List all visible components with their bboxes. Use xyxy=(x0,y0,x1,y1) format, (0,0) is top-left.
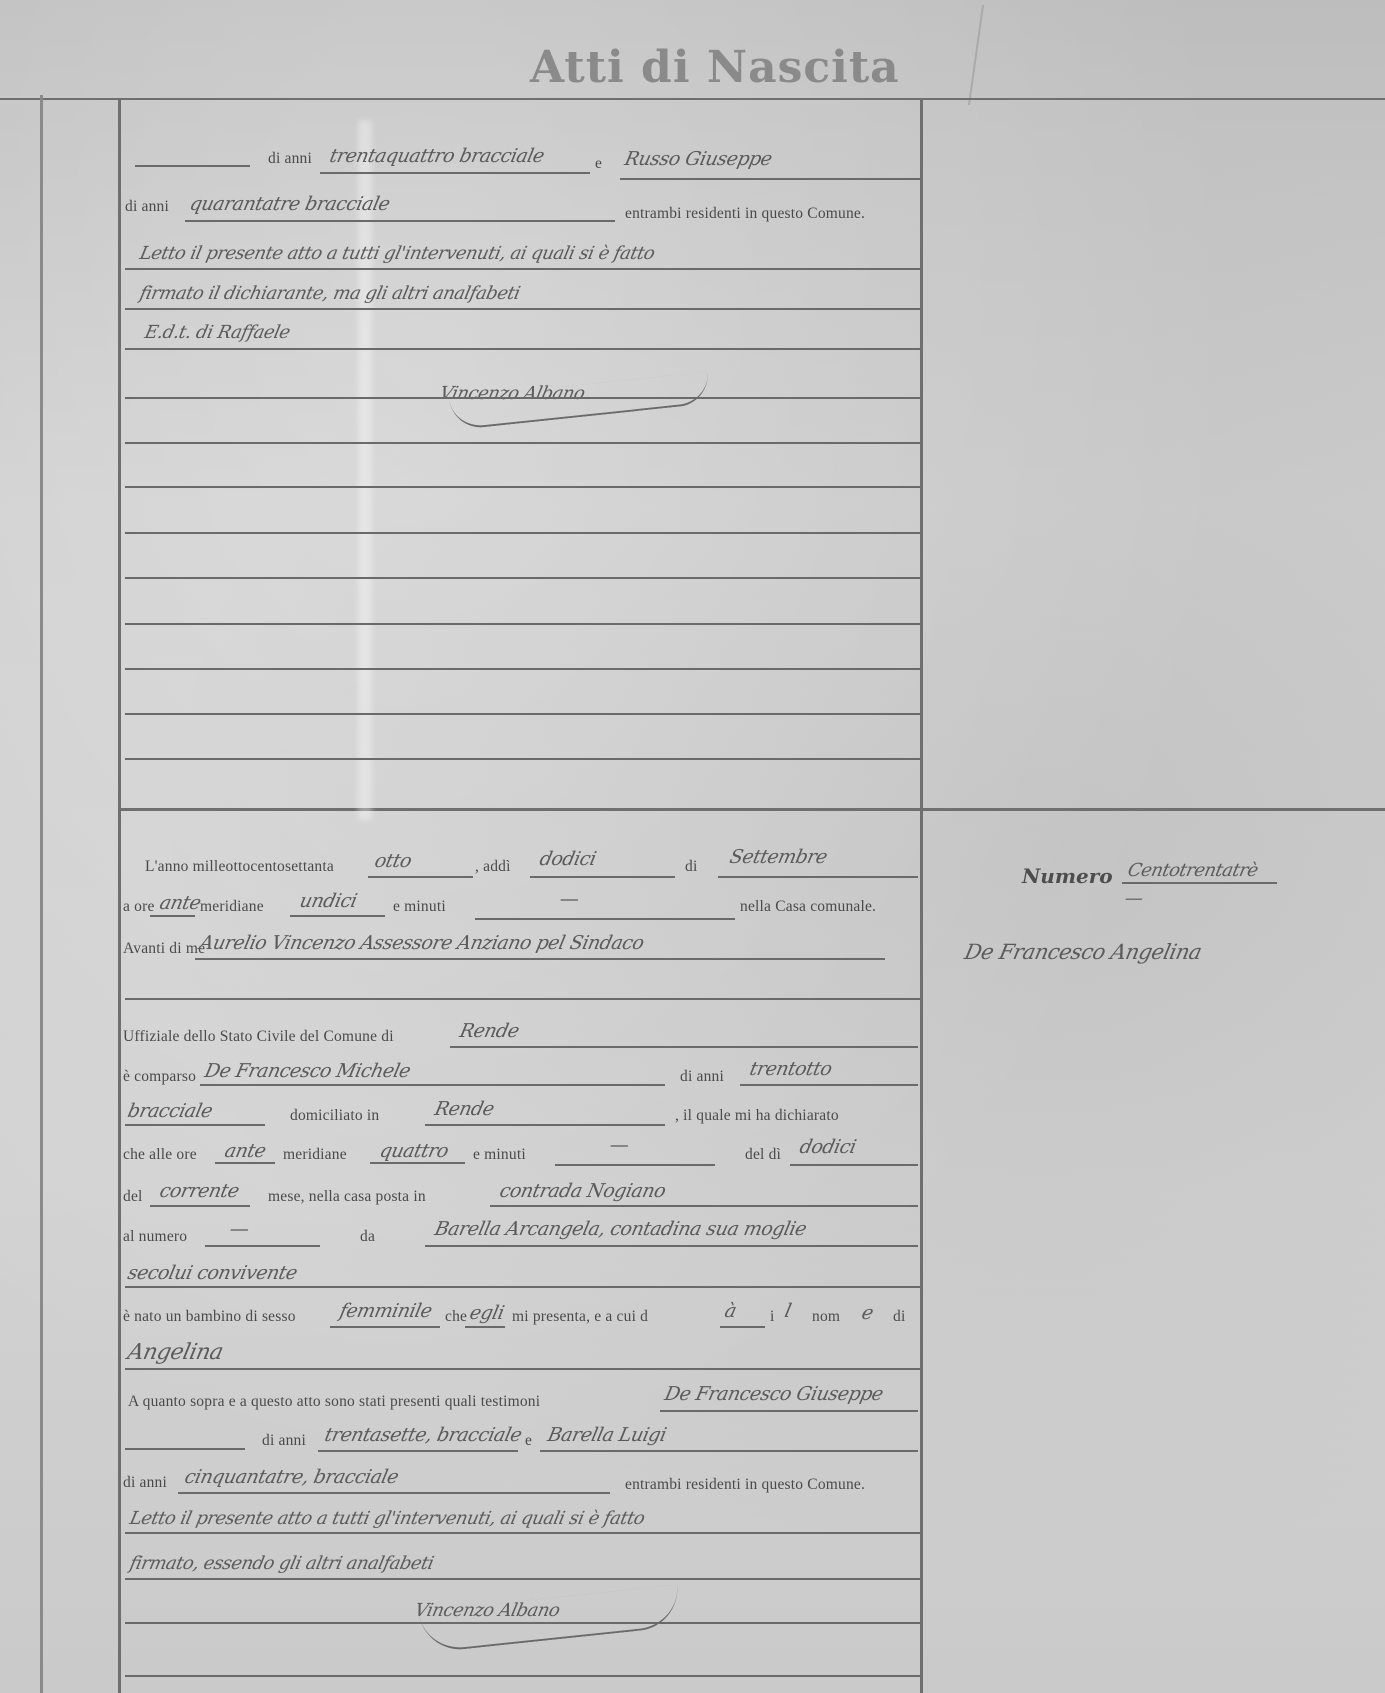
label-ufficiale: Uffiziale dello Stato Civile del Comune … xyxy=(123,1028,394,1046)
handwritten-assessor: Aurelio Vincenzo Assessore Anziano pel S… xyxy=(198,932,646,954)
label-avanti: Avanti di me xyxy=(123,940,205,958)
field-line xyxy=(320,172,590,174)
handwritten-age: quarantatre bracciale xyxy=(188,193,392,215)
ruled-line xyxy=(125,486,920,488)
field-line xyxy=(125,1124,265,1126)
label-meridiane: meridiane xyxy=(200,898,264,916)
ruled-line xyxy=(125,577,920,579)
handwritten-declarant-age: trentotto xyxy=(748,1058,834,1080)
handwritten-domicile: Rende xyxy=(433,1098,496,1120)
label-casa-comunale: nella Casa comunale. xyxy=(740,898,876,916)
label-addi: , addì xyxy=(475,858,511,876)
handwritten-birth-day: dodici xyxy=(798,1136,858,1158)
handwritten-closing: Letto il presente atto a tutti gl'interv… xyxy=(128,1508,647,1529)
label-year: L'anno milleottocentosettanta xyxy=(145,858,334,876)
handwritten-witness-1-age: trentasette, bracciale xyxy=(323,1424,524,1446)
blank-line xyxy=(125,1448,245,1450)
handwritten-witness-name: Russo Giuseppe xyxy=(623,148,774,170)
handwritten-hour: undici xyxy=(298,890,359,912)
ruled-line xyxy=(125,1532,920,1534)
act-separator-rule xyxy=(118,808,1385,811)
label-residents: entrambi residenti in questo Comune. xyxy=(625,1476,865,1494)
handwritten-declarant: De Francesco Michele xyxy=(203,1060,413,1082)
ruled-line xyxy=(125,308,920,310)
ruled-line xyxy=(125,532,920,534)
blank-line xyxy=(135,165,250,167)
ruled-line xyxy=(125,1675,920,1677)
field-line xyxy=(530,876,675,878)
handwritten-name-suffix: e xyxy=(860,1302,875,1324)
label-nato: è nato un bambino di sesso xyxy=(123,1308,296,1326)
handwritten-officer: E.d.t. di Raffaele xyxy=(143,322,292,343)
field-line xyxy=(620,178,920,180)
field-line xyxy=(150,1205,250,1207)
label-age: di anni xyxy=(268,150,312,168)
field-line xyxy=(790,1164,918,1166)
handwritten-act-number: Centotrentatrè xyxy=(1126,860,1260,881)
ruled-line xyxy=(125,998,920,1000)
field-line xyxy=(150,915,195,917)
field-line xyxy=(718,876,918,878)
handwritten-age: trentaquattro bracciale xyxy=(328,145,546,167)
label-presenta: mi presenta, e a cui d xyxy=(512,1308,648,1326)
signature-flourish xyxy=(449,371,711,430)
outer-left-rule xyxy=(40,95,43,1693)
field-line xyxy=(490,1205,918,1207)
label-minuti: e minuti xyxy=(473,1146,526,1164)
handwritten-closing: Letto il presente atto a tutti gl'interv… xyxy=(138,243,657,264)
field-line xyxy=(740,1084,918,1086)
label-meridiane: meridiane xyxy=(283,1146,347,1164)
field-line xyxy=(290,915,385,917)
label-conjunction: e xyxy=(595,155,602,173)
label-nome: nom xyxy=(812,1308,840,1326)
field-line xyxy=(370,1162,465,1164)
field-line xyxy=(185,220,615,222)
numero-label: Numero xyxy=(1022,864,1113,888)
field-line xyxy=(475,918,735,920)
ruled-line xyxy=(125,758,920,760)
field-line xyxy=(465,1326,505,1328)
label-age: di anni xyxy=(123,1474,167,1492)
act-number-dash: — xyxy=(1123,888,1145,909)
label-che: che xyxy=(445,1308,467,1326)
page-title: Atti di Nascita xyxy=(530,42,900,93)
label-comparso: è comparso xyxy=(123,1068,196,1086)
label-numero: al numero xyxy=(123,1228,187,1246)
field-line xyxy=(555,1164,715,1166)
label-i: i xyxy=(770,1308,775,1326)
handwritten-locality: contrada Nogiano xyxy=(498,1180,668,1202)
label-age: di anni xyxy=(262,1432,306,1450)
handwritten-minutes: — xyxy=(608,1134,631,1156)
label-del: del xyxy=(123,1188,143,1206)
field-line xyxy=(425,1245,918,1247)
handwritten-month: corrente xyxy=(158,1180,241,1202)
label-age: di anni xyxy=(125,198,169,216)
top-border-rule xyxy=(0,98,1385,100)
ruled-line xyxy=(125,623,920,625)
ruled-line xyxy=(125,713,920,715)
field-line xyxy=(368,876,473,878)
field-line xyxy=(1122,882,1277,884)
ruled-line xyxy=(125,668,920,670)
handwritten-comune: Rende xyxy=(458,1020,521,1042)
label-da: da xyxy=(360,1228,375,1246)
handwritten-child-entry: De Francesco Angelina xyxy=(962,940,1203,964)
label-casa-posta: mese, nella casa posta in xyxy=(268,1188,426,1206)
label-del-di: del dì xyxy=(745,1146,781,1164)
pencil-mark xyxy=(968,5,1024,105)
handwritten-closing: firmato, essendo gli altri analfabeti xyxy=(128,1553,436,1574)
handwritten-witness-1: De Francesco Giuseppe xyxy=(663,1383,885,1405)
handwritten-witness-2-age: cinquantatre, bracciale xyxy=(183,1466,401,1488)
field-line xyxy=(660,1410,918,1412)
handwritten-occupation: bracciale xyxy=(126,1100,215,1122)
handwritten-mother: Barella Arcangela, contadina sua moglie xyxy=(433,1218,809,1240)
ruled-line xyxy=(125,397,920,399)
handwritten-closing: firmato il dichiarante, ma gli altri ana… xyxy=(138,283,522,304)
handwritten-article: l xyxy=(783,1300,793,1322)
handwritten-child-name: Angelina xyxy=(125,1340,225,1365)
left-margin-rule xyxy=(118,100,121,1693)
ruled-line xyxy=(125,1286,920,1288)
signature-flourish xyxy=(419,1585,682,1654)
handwritten-witness-2: Barella Luigi xyxy=(546,1424,668,1446)
label-domiciliato: domiciliato in xyxy=(290,1107,379,1125)
handwritten-cohabiting: secolui convivente xyxy=(126,1262,299,1284)
handwritten-year: otto xyxy=(373,850,414,872)
field-line xyxy=(195,958,885,960)
ruled-line xyxy=(125,1622,920,1624)
handwritten-month: Settembre xyxy=(728,846,829,868)
field-line xyxy=(200,1084,665,1086)
field-line xyxy=(330,1326,440,1328)
handwritten-minutes: — xyxy=(558,888,581,910)
label-di: di xyxy=(685,858,697,876)
label-residents: entrambi residenti in questo Comune. xyxy=(625,205,865,223)
label-di: di xyxy=(893,1308,905,1326)
handwritten-ante: ante xyxy=(158,892,203,914)
field-line xyxy=(178,1492,610,1494)
field-line xyxy=(540,1450,918,1452)
ruled-line xyxy=(125,1578,920,1580)
label-minuti: e minuti xyxy=(393,898,446,916)
field-line xyxy=(450,1046,918,1048)
ruled-line xyxy=(125,1368,920,1370)
label-testimoni: A quanto sopra e a questo atto sono stat… xyxy=(128,1393,540,1411)
label-alle-ore: che alle ore xyxy=(123,1146,197,1164)
right-column-rule xyxy=(920,100,923,1693)
field-line xyxy=(318,1450,518,1452)
ruled-line xyxy=(125,268,920,270)
field-line xyxy=(215,1162,275,1164)
ruled-line xyxy=(125,442,920,444)
label-dichiarato: , il quale mi ha dichiarato xyxy=(675,1107,839,1125)
field-line xyxy=(720,1326,765,1328)
field-line xyxy=(205,1245,320,1247)
handwritten-hour: quattro xyxy=(378,1140,451,1162)
handwritten-presenter: egli xyxy=(468,1302,506,1324)
ruled-line xyxy=(125,348,920,350)
field-line xyxy=(425,1124,665,1126)
handwritten-day: dodici xyxy=(538,848,598,870)
label-e: e xyxy=(525,1432,532,1450)
label-ore: a ore xyxy=(123,898,155,916)
paper-fold xyxy=(358,120,372,820)
handwritten-sex: femminile xyxy=(338,1300,434,1322)
handwritten-da: à xyxy=(723,1300,739,1322)
label-age: di anni xyxy=(680,1068,724,1086)
handwritten-ante: ante xyxy=(223,1140,268,1162)
handwritten-house-number: — xyxy=(228,1218,251,1240)
